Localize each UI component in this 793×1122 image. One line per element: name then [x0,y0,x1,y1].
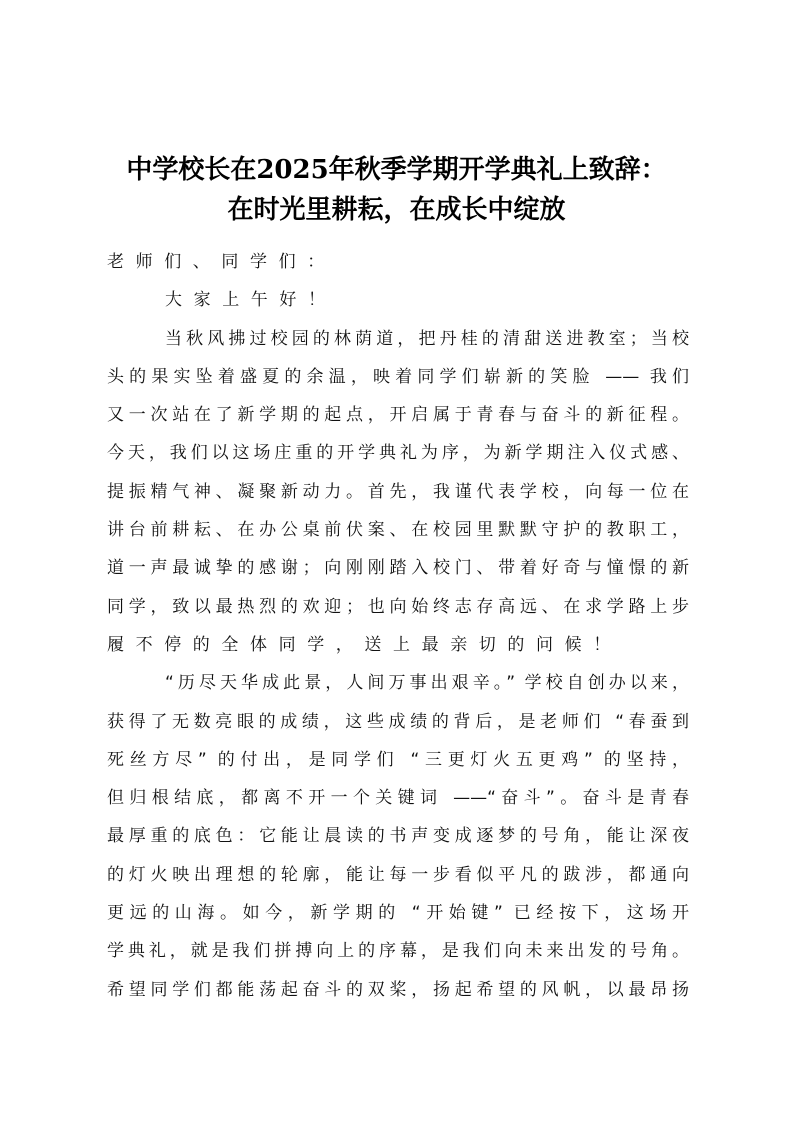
paragraph-line: 头的果实坠着盛夏的余温，映着同学们崭新的笑脸 —— 我们 [107,358,689,396]
paragraph-1: 当秋风拂过校园的林荫道，把丹桂的清甜送进教室；当校 头的果实坠着盛夏的余温，映着… [107,320,689,665]
paragraph-line: 但归根结底，都离不开一个关键词 ——“奋斗”。奋斗是青春 [107,779,689,817]
paragraph-line: 提振精气神、凝聚新动力。首先，我谨代表学校，向每一位在 [107,473,689,511]
paragraph-line: 死丝方尽” 的付出，是同学们 “三更灯火五更鸡” 的坚持， [107,741,689,779]
paragraph-line: 最厚重的底色：它能让晨读的书声变成逐梦的号角，能让深夜 [107,817,689,855]
paragraph-line: 讲台前耕耘、在办公桌前伏案、在校园里默默守护的教职工， [107,511,689,549]
document-page: 中学校长在2025年秋季学期开学典礼上致辞： 在时光里耕耘，在成长中绽放 老师们… [0,0,793,1122]
paragraph-line: 道一声最诚挚的感谢；向刚刚踏入校门、带着好奇与憧憬的新 [107,549,689,587]
title-line-2: 在时光里耕耘，在成长中绽放 [60,190,733,230]
paragraph-line: 履不停的全体同学，送上最亲切的问候！ [107,626,689,664]
paragraph-line: 更远的山海。如今，新学期的 “开始键” 已经按下，这场开 [107,894,689,932]
paragraph-line: 当秋风拂过校园的林荫道，把丹桂的清甜送进教室；当校 [107,320,689,358]
paragraph-line: 今天，我们以这场庄重的开学典礼为序，为新学期注入仪式感、 [107,434,689,472]
paragraph-line: 的灯火映出理想的轮廓，能让每一步看似平凡的跋涉，都通向 [107,856,689,894]
paragraph-line: “历尽天华成此景，人间万事出艰辛。” 学校自创办以来， [107,664,689,702]
greeting: 大家上午好！ [107,281,689,319]
salutation: 老师们、同学们： [107,243,689,281]
title-line-1: 中学校长在2025年秋季学期开学典礼上致辞： [60,150,733,190]
document-body: 老师们、同学们： 大家上午好！ 当秋风拂过校园的林荫道，把丹桂的清甜送进教室；当… [107,243,689,1009]
paragraph-2: “历尽天华成此景，人间万事出艰辛。” 学校自创办以来， 获得了无数亮眼的成绩，这… [107,664,689,1009]
paragraph-line: 学典礼，就是我们拼搏向上的序幕，是我们向未来出发的号角。 [107,932,689,970]
paragraph-line: 又一次站在了新学期的起点，开启属于青春与奋斗的新征程。 [107,396,689,434]
paragraph-line: 同学，致以最热烈的欢迎；也向始终志存高远、在求学路上步 [107,588,689,626]
document-title: 中学校长在2025年秋季学期开学典礼上致辞： 在时光里耕耘，在成长中绽放 [60,150,733,230]
paragraph-line: 获得了无数亮眼的成绩，这些成绩的背后，是老师们 “春蚕到 [107,703,689,741]
paragraph-line: 希望同学们都能荡起奋斗的双桨，扬起希望的风帆，以最昂扬 [107,971,689,1009]
